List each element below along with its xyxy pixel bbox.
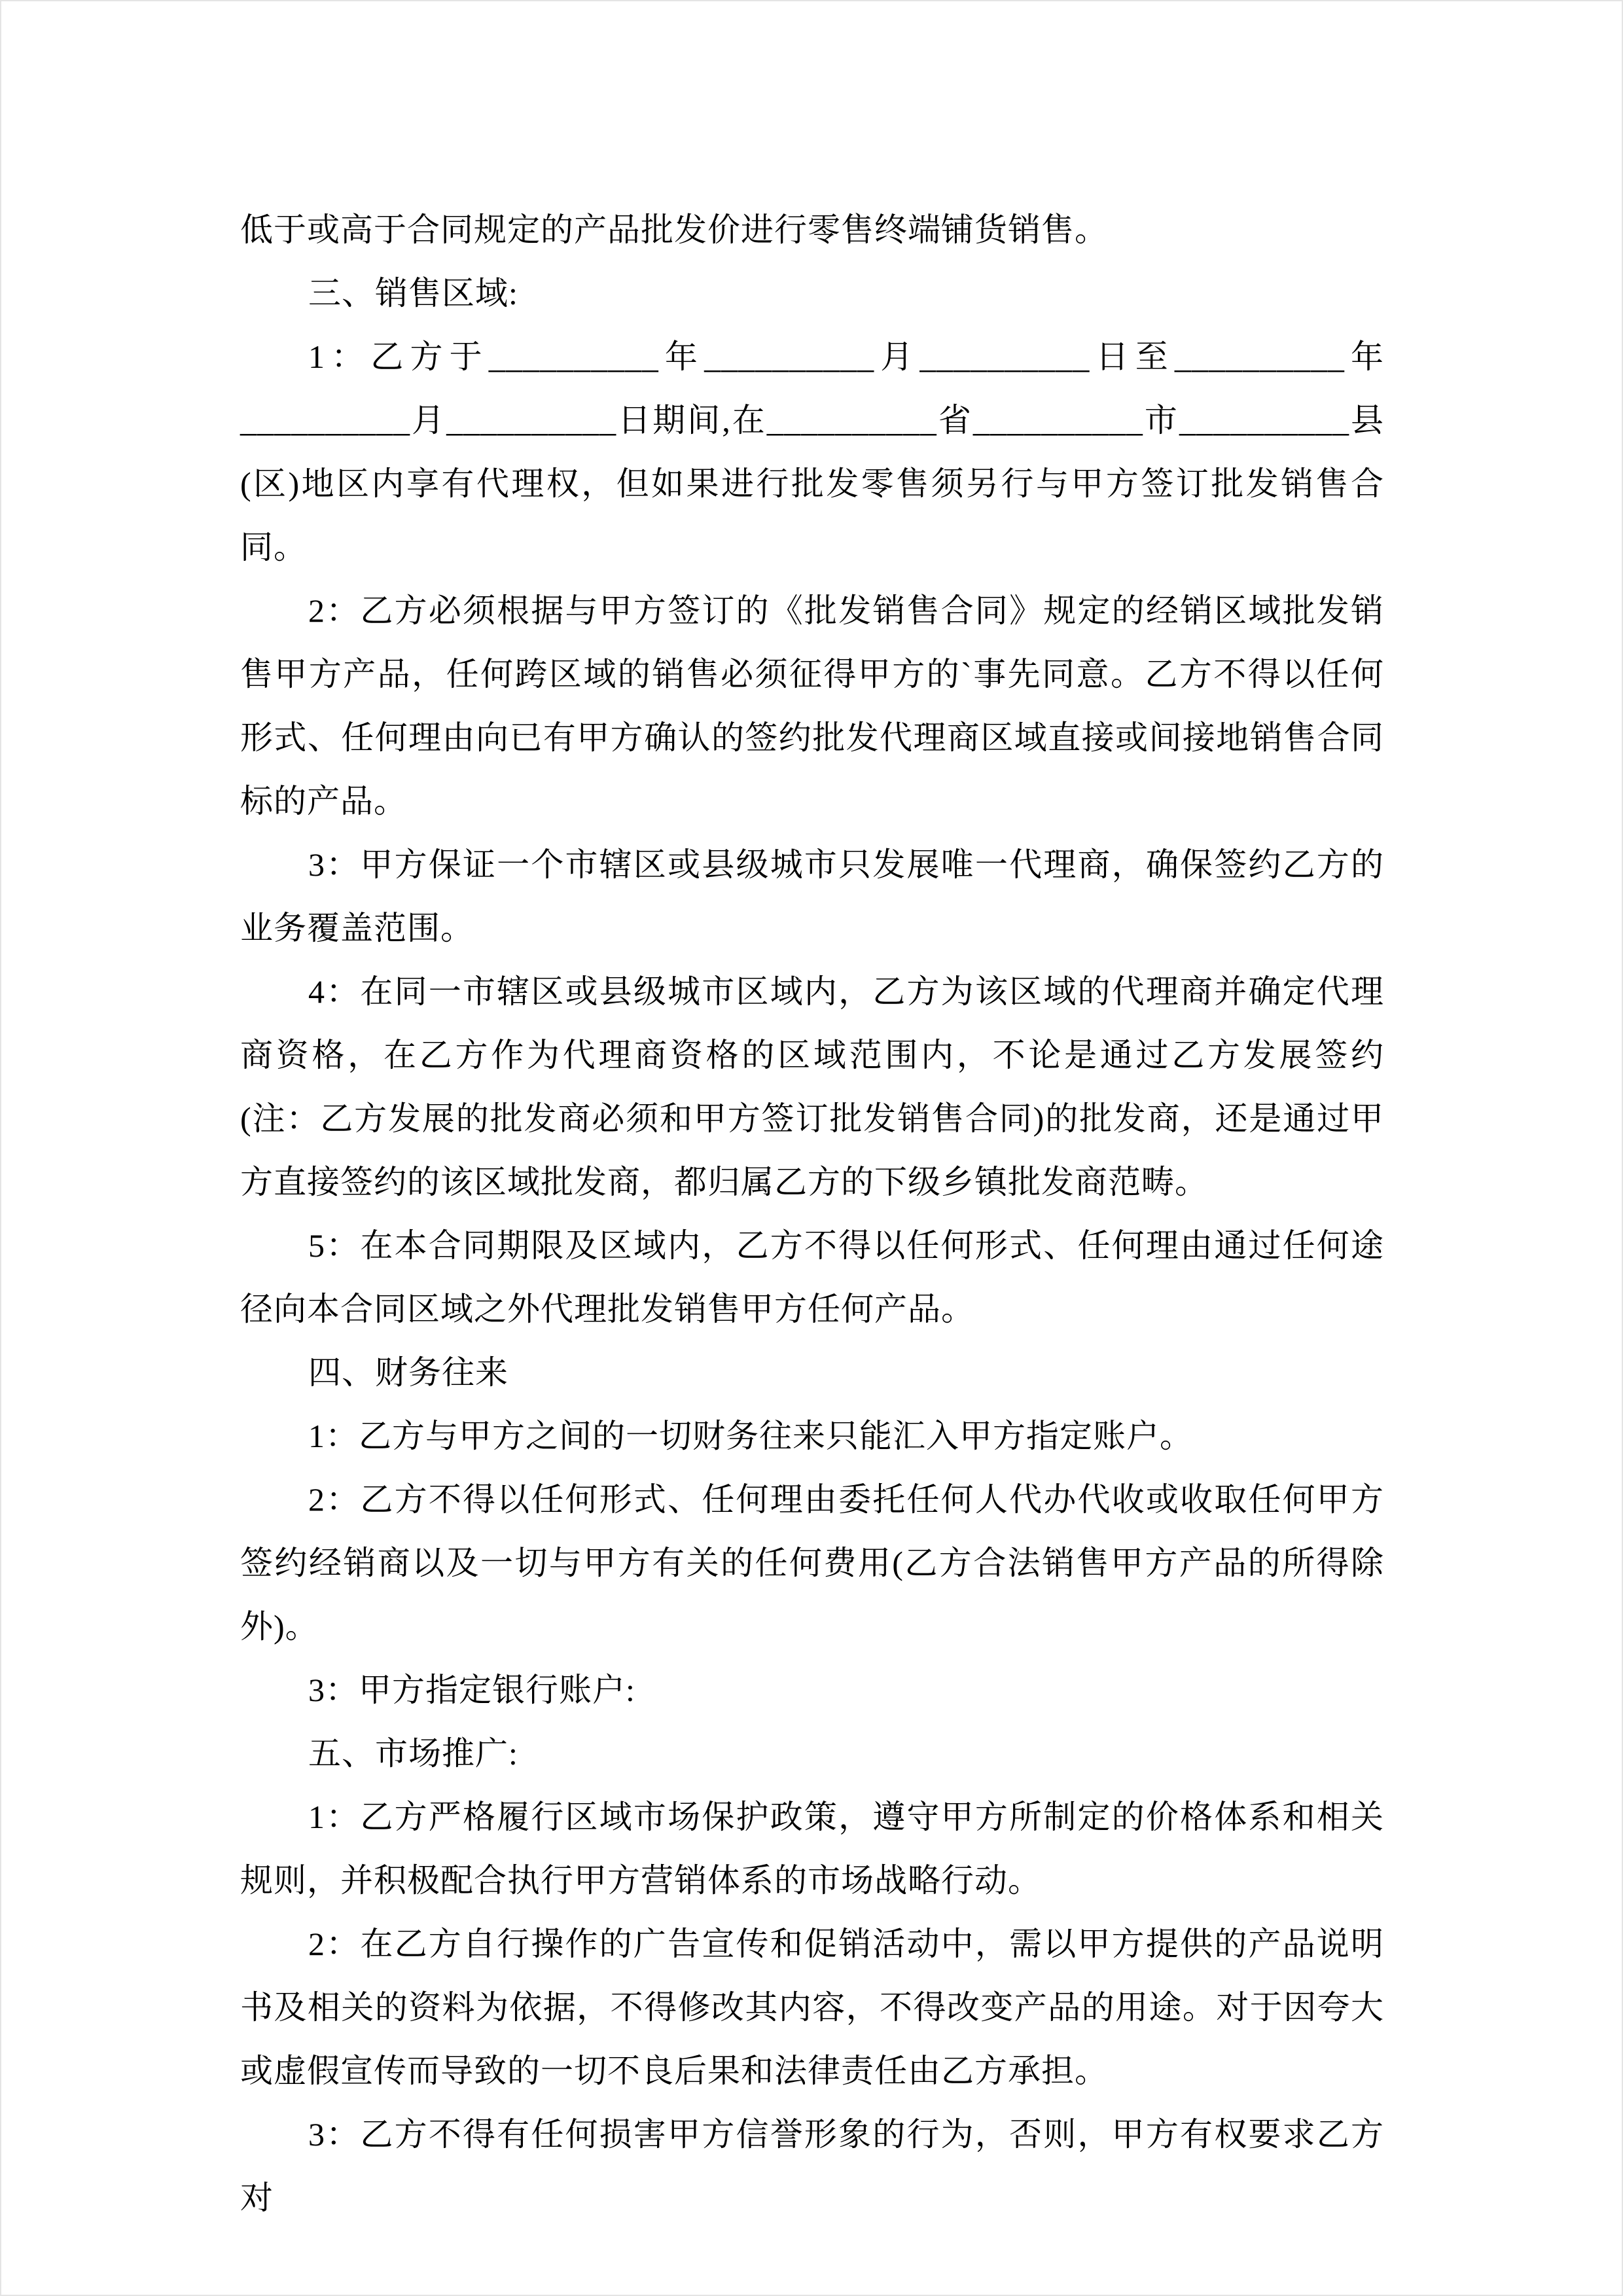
clause-sales-area-5: 5：在本合同期限及区域内，乙方不得以任何形式、任何理由通过任何途径向本合同区域之… [240, 1214, 1384, 1341]
clause-marketing-1: 1：乙方严格履行区域市场保护政策，遵守甲方所制定的价格体系和相关规则，并积极配合… [240, 1785, 1384, 1912]
document-page: 低于或高于合同规定的产品批发价进行零售终端铺货销售。 三、销售区域: 1：乙方于… [0, 0, 1623, 2296]
section-heading-sales-area: 三、销售区域: [240, 262, 1384, 325]
paragraph-continuation: 低于或高于合同规定的产品批发价进行零售终端铺货销售。 [240, 198, 1384, 262]
clause-finance-3: 3：甲方指定银行账户: [240, 1659, 1384, 1722]
section-heading-marketing: 五、市场推广: [240, 1722, 1384, 1785]
clause-marketing-3: 3：乙方不得有任何损害甲方信誉形象的行为，否则，甲方有权要求乙方对 [240, 2103, 1384, 2230]
clause-sales-area-3: 3：甲方保证一个市辖区或县级城市只发展唯一代理商，确保签约乙方的业务覆盖范围。 [240, 833, 1384, 960]
clause-finance-2: 2：乙方不得以任何形式、任何理由委托任何人代办代收或收取任何甲方签约经销商以及一… [240, 1468, 1384, 1659]
clause-finance-1: 1：乙方与甲方之间的一切财务往来只能汇入甲方指定账户。 [240, 1405, 1384, 1468]
section-heading-finance: 四、财务往来 [240, 1341, 1384, 1405]
clause-marketing-2: 2：在乙方自行操作的广告宣传和促销活动中，需以甲方提供的产品说明书及相关的资料为… [240, 1912, 1384, 2103]
clause-sales-area-2: 2：乙方必须根据与甲方签订的《批发销售合同》规定的经销区域批发销售甲方产品，任何… [240, 579, 1384, 833]
clause-sales-area-1: 1：乙方于__________年__________月__________日至_… [240, 325, 1384, 579]
clause-sales-area-4: 4：在同一市辖区或县级城市区域内，乙方为该区域的代理商并确定代理商资格，在乙方作… [240, 960, 1384, 1214]
